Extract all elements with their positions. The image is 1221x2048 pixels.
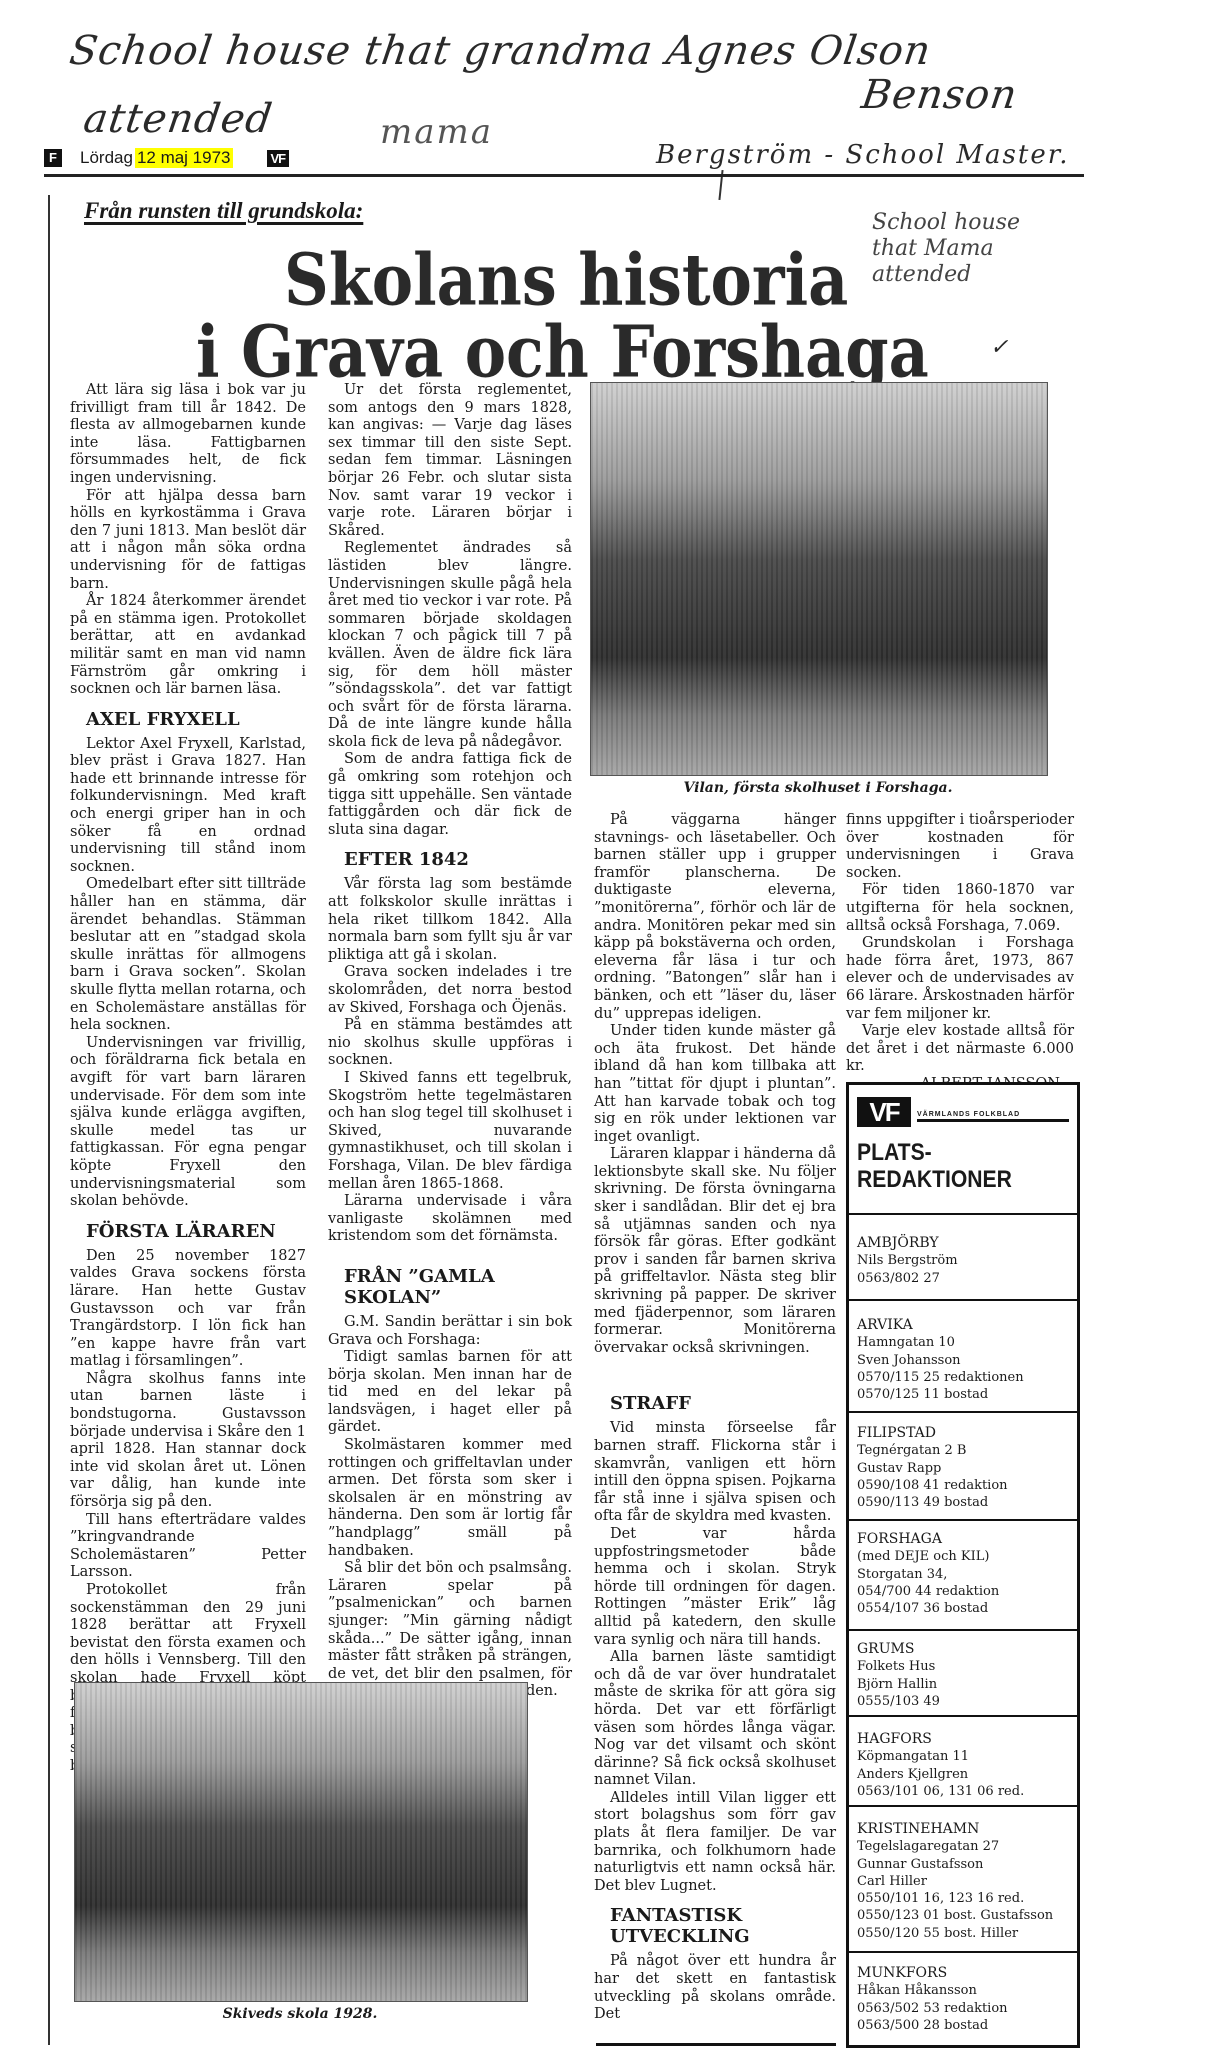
office-line: Tegnérgatan 2 B — [857, 1442, 1067, 1459]
paragraph: Den 25 november 1827 valdes Grava socken… — [70, 1248, 306, 1371]
vilan-schoolhouse-photo — [590, 382, 1048, 776]
handwritten-note-benson: Benson — [859, 72, 1021, 118]
office-city: FILIPSTAD — [857, 1425, 1067, 1442]
masthead-rule — [44, 174, 1084, 177]
box-title-line: PLATS- — [857, 1139, 1012, 1166]
masthead-date: 12 maj 1973 — [135, 148, 233, 168]
office-line: Håkan Håkansson — [857, 1982, 1067, 1999]
box-title: PLATS- REDAKTIONER — [857, 1139, 1012, 1193]
paragraph: Lärarna undervisade i våra vanligaste sk… — [328, 1193, 572, 1246]
plats-redaktioner-box: VF VÄRMLANDS FOLKBLAD PLATS- REDAKTIONER… — [846, 1082, 1080, 2048]
paragraph: För tiden 1860-1870 var utgifterna för h… — [846, 882, 1074, 935]
office-line: Hamngatan 10 — [857, 1334, 1067, 1351]
paragraph: Alldeles intill Vilan ligger ett stort b… — [594, 1790, 836, 1896]
divider — [849, 1213, 1077, 1215]
office-filipstad: FILIPSTAD Tegnérgatan 2 B Gustav Rapp 05… — [857, 1425, 1067, 1511]
office-line: Köpmangatan 11 — [857, 1748, 1067, 1765]
divider — [849, 1715, 1077, 1717]
office-line: 054/700 44 redaktion — [857, 1583, 1067, 1600]
office-forshaga: FORSHAGA (med DEJE och KIL) Storgatan 34… — [857, 1531, 1067, 1617]
office-line: Nils Bergström — [857, 1252, 1067, 1269]
publication-name: VÄRMLANDS FOLKBLAD — [917, 1111, 1069, 1122]
paragraph: I Skived fanns ett tegelbruk, Skogström … — [328, 1070, 572, 1193]
divider — [849, 1299, 1077, 1301]
office-line: 0570/115 25 redaktionen — [857, 1369, 1067, 1386]
paragraph: På väggarna hänger stavnings- och läseta… — [594, 812, 836, 1023]
office-line: 0550/101 16, 123 16 red. — [857, 1890, 1067, 1907]
office-city: KRISTINEHAMN — [857, 1821, 1067, 1838]
section-f-icon: F — [44, 149, 62, 167]
office-city: ARVIKA — [857, 1317, 1067, 1334]
paragraph: Grundskolan i Forshaga hade förra året, … — [846, 935, 1074, 1023]
paragraph: För att hjälpa dessa barn hölls en kyrko… — [70, 488, 306, 594]
side-note-line: that Mama — [872, 236, 1020, 262]
paragraph: Vid minsta förseelse får barnen straff. … — [594, 1420, 836, 1526]
paragraph: G.M. Sandin berättar i sin bok Grava och… — [328, 1314, 572, 1349]
vf-logo-icon: VF — [267, 150, 290, 167]
left-column-rule — [48, 195, 50, 2045]
divider — [849, 1951, 1077, 1953]
article-column-1: Att lära sig läsa i bok var ju frivillig… — [70, 382, 306, 1776]
office-city: GRUMS — [857, 1641, 1067, 1658]
paragraph: Som de andra fattiga fick de gå omkring … — [328, 751, 572, 839]
paragraph: Alla barnen läste samtidigt och då de va… — [594, 1649, 836, 1790]
paragraph: Ur det första reglementet, som antogs de… — [328, 382, 572, 540]
kicker: Från runsten till grundskola: — [84, 198, 363, 224]
office-hagfors: HAGFORS Köpmangatan 11 Anders Kjellgren … — [857, 1731, 1067, 1800]
office-line: 0590/108 41 redaktion — [857, 1477, 1067, 1494]
paragraph: Omedelbart efter sitt tillträde håller h… — [70, 876, 306, 1034]
office-line: 0563/101 06, 131 06 red. — [857, 1783, 1067, 1800]
divider — [849, 1519, 1077, 1521]
office-line: Tegelslagaregatan 27 — [857, 1838, 1067, 1855]
office-line: 0570/125 11 bostad — [857, 1386, 1067, 1403]
office-line: 0555/103 49 — [857, 1693, 1067, 1710]
office-line: 0563/502 53 redaktion — [857, 2000, 1067, 2017]
office-city: FORSHAGA — [857, 1531, 1067, 1548]
paragraph: År 1824 återkommer ärendet på en stämma … — [70, 593, 306, 699]
section-heading: FRÅN ”GAMLA SKOLAN” — [344, 1266, 572, 1308]
paragraph: Skolmästaren kommer med rottingen och gr… — [328, 1437, 572, 1560]
paragraph: Reglementet ändrades så lästiden blev lä… — [328, 540, 572, 751]
divider — [849, 1629, 1077, 1631]
vilan-photo-caption: Vilan, första skolhuset i Forshaga. — [590, 780, 1046, 796]
section-heading: AXEL FRYXELL — [86, 709, 306, 730]
office-arvika: ARVIKA Hamngatan 10 Sven Johansson 0570/… — [857, 1317, 1067, 1403]
box-title-line: REDAKTIONER — [857, 1166, 1012, 1193]
skived-photo-caption: Skiveds skola 1928. — [74, 2006, 526, 2022]
office-line: 0550/120 55 bost. Hiller — [857, 1925, 1067, 1942]
office-kristinehamn: KRISTINEHAMN Tegelslagaregatan 27 Gunnar… — [857, 1821, 1067, 1942]
masthead: F Lördag 12 maj 1973 VF — [44, 146, 1094, 170]
masthead-day: Lördag — [80, 148, 133, 168]
office-line: Anders Kjellgren — [857, 1766, 1067, 1783]
paragraph: Så blir det bön och psalmsång. Läraren s… — [328, 1560, 572, 1701]
paragraph: Läraren klappar i händerna då lektionsby… — [594, 1146, 836, 1357]
office-line: Storgatan 34, — [857, 1566, 1067, 1583]
office-line: Gunnar Gustafsson — [857, 1856, 1067, 1873]
office-city: HAGFORS — [857, 1731, 1067, 1748]
article-column-4: finns uppgifter i tioårsperioder över ko… — [846, 812, 1074, 1094]
paragraph: På en stämma bestämdes att nio skolhus s… — [328, 1017, 572, 1070]
handwritten-note-line1: School house that grandma Agnes Olson — [67, 28, 934, 74]
bottom-rule — [596, 2043, 836, 2046]
office-line: Gustav Rapp — [857, 1460, 1067, 1477]
paragraph: finns uppgifter i tioårsperioder över ko… — [846, 812, 1074, 882]
office-line: Carl Hiller — [857, 1873, 1067, 1890]
article-column-3: På väggarna hänger stavnings- och läseta… — [594, 812, 836, 2024]
check-mark-icon: ✓ — [990, 335, 1008, 360]
section-heading: STRAFF — [610, 1393, 836, 1414]
office-line: 0563/500 28 bostad — [857, 2017, 1067, 2034]
paragraph: Grava socken indelades i tre skolområden… — [328, 964, 572, 1017]
section-heading: EFTER 1842 — [344, 849, 572, 870]
office-line: 0550/123 01 bost. Gustafsson — [857, 1907, 1067, 1924]
section-heading: FÖRSTA LÄRAREN — [86, 1221, 306, 1242]
office-line: Folkets Hus — [857, 1658, 1067, 1675]
paragraph: Vår första lag som bestämde att folkskol… — [328, 876, 572, 964]
paragraph: Varje elev kostade alltså för det året i… — [846, 1023, 1074, 1076]
office-munkfors: MUNKFORS Håkan Håkansson 0563/502 53 red… — [857, 1965, 1067, 2034]
skived-school-photo — [74, 1682, 528, 2002]
section-heading: FANTASTISK UTVECKLING — [610, 1905, 836, 1947]
office-line: 0563/802 27 — [857, 1270, 1067, 1287]
divider — [849, 1805, 1077, 1807]
side-note-line: attended — [872, 262, 1020, 288]
handwritten-side-note: School house that Mama attended — [872, 210, 1020, 288]
office-grums: GRUMS Folkets Hus Björn Hallin 0555/103 … — [857, 1641, 1067, 1710]
office-line: 0590/113 49 bostad — [857, 1494, 1067, 1511]
office-city: AMBJÖRBY — [857, 1235, 1067, 1252]
office-ambjorby: AMBJÖRBY Nils Bergström 0563/802 27 — [857, 1235, 1067, 1287]
paragraph: Till hans efterträdare valdes ”kringvand… — [70, 1512, 306, 1582]
article-column-2: Ur det första reglementet, som antogs de… — [328, 382, 572, 1701]
paragraph: Under tiden kunde mäster gå och äta fruk… — [594, 1023, 836, 1146]
paragraph: Lektor Axel Fryxell, Karlstad, blev präs… — [70, 736, 306, 877]
office-line: Björn Hallin — [857, 1676, 1067, 1693]
paragraph: Undervisningen var frivillig, och föräld… — [70, 1035, 306, 1211]
office-line: 0554/107 36 bostad — [857, 1600, 1067, 1617]
paragraph: Att lära sig läsa i bok var ju frivillig… — [70, 382, 306, 488]
paragraph: Tidigt samlas barnen för att börja skola… — [328, 1349, 572, 1437]
divider — [849, 1411, 1077, 1413]
paragraph: Några skolhus fanns inte utan barnen läs… — [70, 1371, 306, 1512]
handwritten-note-attended: attended — [81, 96, 276, 142]
side-note-line: School house — [872, 210, 1020, 236]
paragraph: Det var hårda uppfostringsmetoder både h… — [594, 1526, 836, 1649]
office-city: MUNKFORS — [857, 1965, 1067, 1982]
paragraph: På något över ett hundra år har det sket… — [594, 1953, 836, 2023]
vf-logo-icon: VF — [857, 1097, 911, 1127]
office-line: (med DEJE och KIL) — [857, 1548, 1067, 1565]
office-line: Sven Johansson — [857, 1352, 1067, 1369]
